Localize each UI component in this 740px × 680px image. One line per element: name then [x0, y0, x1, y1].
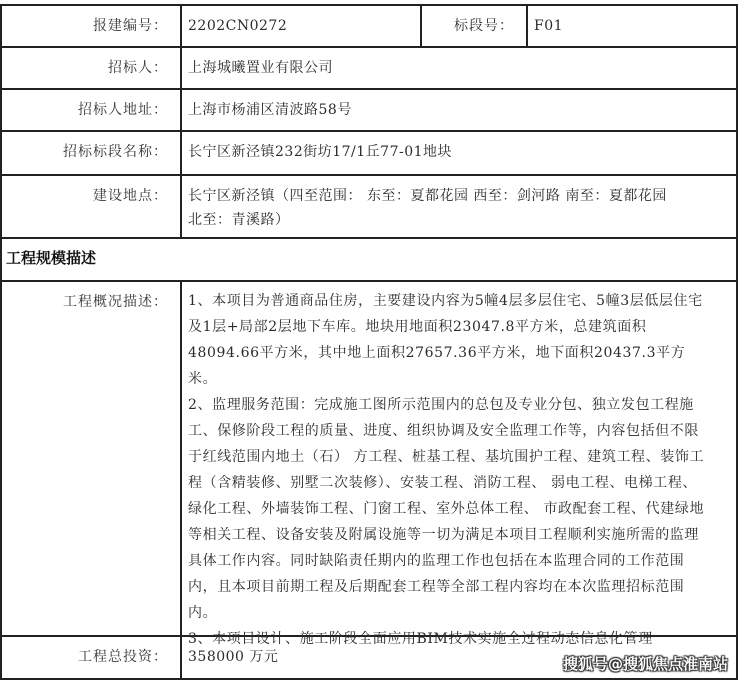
- location-line-1: 长宁区新泾镇（四至范围： 东至：夏都花园 西至：剑河路 南至：夏都花园: [188, 184, 736, 208]
- section-header-scale: 工程规模描述: [0, 239, 736, 282]
- table-row-bid-number: 报建编号： 2202CN0272 标段号： F01: [0, 6, 736, 48]
- location-line-2: 北至：青溪路）: [188, 208, 736, 232]
- overview-label: 工程概况描述：: [0, 282, 182, 635]
- table-row-section-name: 招标标段名称： 长宁区新泾镇232街坊17/1丘77-01地块: [0, 132, 736, 176]
- location-label: 建设地点：: [0, 176, 182, 237]
- section-number-label: 标段号：: [422, 6, 528, 46]
- section-name-label: 招标标段名称：: [0, 132, 182, 174]
- watermark-text: 搜狐号@搜狐焦点淮南站: [563, 653, 728, 674]
- overview-value: 1、本项目为普通商品住房，主要建设内容为5幢4层多层住宅、5幢3层低层住宅及1层…: [182, 282, 736, 635]
- overview-paragraph-2: 2、监理服务范围：完成施工图所示范围内的总包及专业分包、独立发包工程施工、保修阶…: [188, 392, 706, 626]
- table-row-tenderer: 招标人： 上海城曦置业有限公司: [0, 48, 736, 90]
- tenderer-value: 上海城曦置业有限公司: [182, 48, 736, 88]
- section-name-value: 长宁区新泾镇232街坊17/1丘77-01地块: [182, 132, 736, 174]
- tenderer-label: 招标人：: [0, 48, 182, 88]
- investment-label: 工程总投资：: [0, 637, 182, 678]
- table-row-location: 建设地点： 长宁区新泾镇（四至范围： 东至：夏都花园 西至：剑河路 南至：夏都花…: [0, 176, 736, 239]
- overview-paragraph-1: 1、本项目为普通商品住房，主要建设内容为5幢4层多层住宅、5幢3层低层住宅及1层…: [188, 288, 706, 392]
- bid-number-value: 2202CN0272: [182, 6, 422, 46]
- tenderer-address-label: 招标人地址：: [0, 90, 182, 130]
- table-row-overview: 工程概况描述： 1、本项目为普通商品住房，主要建设内容为5幢4层多层住宅、5幢3…: [0, 282, 736, 637]
- location-value: 长宁区新泾镇（四至范围： 东至：夏都花园 西至：剑河路 南至：夏都花园 北至：青…: [182, 176, 736, 237]
- table-row-tenderer-address: 招标人地址： 上海市杨浦区清波路58号: [0, 90, 736, 132]
- tenderer-address-value: 上海市杨浦区清波路58号: [182, 90, 736, 130]
- tender-info-table: 报建编号： 2202CN0272 标段号： F01 招标人： 上海城曦置业有限公…: [0, 4, 738, 680]
- section-number-value: F01: [528, 6, 736, 46]
- bid-number-label: 报建编号：: [0, 6, 182, 46]
